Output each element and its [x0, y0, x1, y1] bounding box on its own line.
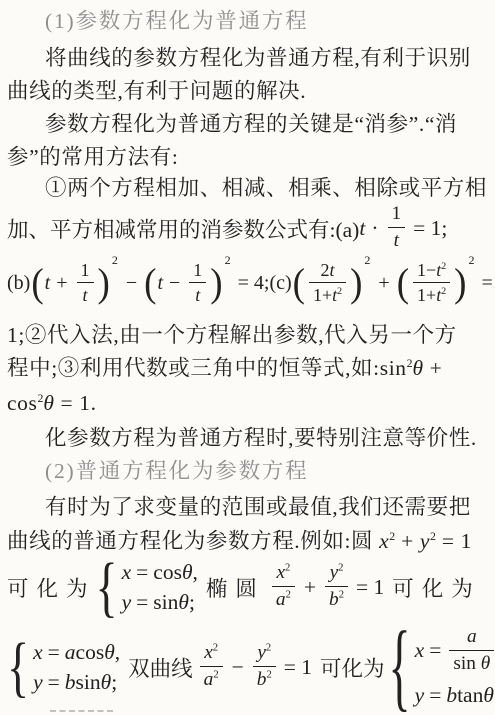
case-row-x: x=asin θ,	[415, 626, 495, 676]
label-ellipse: 椭圆	[206, 572, 265, 603]
right-paren: )	[98, 263, 110, 303]
minus-operator: −	[169, 272, 180, 295]
math-var-t: t	[157, 272, 163, 295]
text-can-convert-to: 可化为	[392, 572, 481, 603]
cos-function: cos	[7, 391, 37, 415]
left-paren: (	[144, 263, 156, 303]
math-var-x: x	[379, 529, 389, 553]
fraction-x2-over-a2: x2 a2	[200, 642, 223, 692]
square-exponent: 2	[364, 254, 370, 266]
left-paren: (	[397, 263, 409, 303]
math-var-theta: θ	[413, 356, 424, 380]
square-exponent: 2	[225, 254, 231, 266]
section-heading-1: (1)参数方程化为普通方程	[45, 6, 308, 36]
left-paren: (	[293, 263, 305, 303]
cases-brace: {	[7, 634, 29, 701]
hyperbola-parametric-cases: { x=asin θ, y=btan θ.	[389, 626, 495, 709]
cases-brace: {	[389, 618, 411, 715]
para1-line1: 将曲线的参数方程化为普通方程,有利于识别	[45, 43, 471, 73]
plus-operator: +	[378, 272, 389, 295]
line-circle-cases-ellipse: 可化为 { x=cos θ, y=sin θ; 椭圆 x2 a2 + y2 b2…	[7, 556, 485, 618]
fraction-y2-over-b2: y2 b2	[253, 642, 276, 692]
right-paren: )	[210, 263, 222, 303]
para1-line2: 曲线的类型,有利于问题的解决.	[7, 76, 306, 106]
hyperbola-equals-one: = 1	[284, 655, 312, 680]
formula-a-result: = 1;	[413, 216, 447, 241]
fraction-y2-over-b2: y2 b2	[325, 562, 348, 612]
label-hyperbola: 双曲线	[128, 652, 193, 683]
cases-brace: {	[96, 554, 118, 621]
para4-line1: 化参数方程为普通方程时,要特别注意等价性.	[45, 423, 477, 453]
cropped-underline	[50, 710, 113, 712]
fraction-x2-over-a2: x2 a2	[272, 562, 295, 612]
math-var-t: t	[359, 216, 365, 241]
case-row-y: y=sin θ;	[122, 590, 195, 615]
fraction-1-over-t: 1 t	[189, 260, 206, 306]
minus-operator: −	[126, 272, 137, 295]
ellipse-equals-one: = 1	[356, 575, 384, 600]
textbook-page: (1)参数方程化为普通方程 将曲线的参数方程化为普通方程,有利于识别 曲线的类型…	[0, 0, 495, 715]
square-exponent: 2	[468, 254, 474, 266]
formula-b-label: (b)	[7, 272, 30, 295]
left-paren: (	[31, 263, 43, 303]
fraction-1-over-t: 1 t	[77, 260, 94, 306]
para2-line1: 参数方程化为普通方程的关键是“消参”.“消	[45, 109, 457, 139]
para5-line2: 曲线的普通方程化为参数方程.例如:圆 x2 + y2 = 1	[7, 526, 472, 556]
ellipse-parametric-cases: { x=acos θ, y=bsin θ;	[7, 640, 120, 695]
math-var-theta: θ	[43, 391, 54, 415]
text-can-convert-to: 可化为	[320, 652, 385, 683]
fraction-a-over-sin-theta: asin θ	[449, 626, 494, 676]
formula-c-equals: =	[481, 272, 492, 295]
section-heading-2: (2)普通方程化为参数方程	[45, 456, 308, 486]
fraction-1-over-t: 1 t	[388, 203, 406, 253]
sin-function: sin	[380, 356, 407, 380]
case-row-y: y=bsin θ;	[33, 670, 117, 695]
math-var-t: t	[45, 272, 51, 295]
para3-line1: ①两个方程相加、相减、相乘、相除或平方相	[45, 173, 487, 203]
math-var-y: y	[420, 529, 430, 553]
square-exponent: 2	[112, 254, 118, 266]
fraction-1-minus-t2-over-1-plus-t2: 1−t2 1+t2	[413, 260, 450, 306]
para3-line2-text: 加、平方相减常用的消参数公式有:(a)	[7, 213, 359, 244]
plus-operator: +	[304, 575, 316, 600]
case-row-x: x=cos θ,	[122, 560, 198, 585]
circle-parametric-cases: { x=cos θ, y=sin θ;	[96, 560, 198, 615]
minus-operator: −	[232, 655, 244, 680]
para3-line3: 1;②代入法,由一个方程解出参数,代入另一个方	[7, 320, 457, 350]
right-paren: )	[454, 263, 466, 303]
para2-line2: 参”的常用方法有:	[7, 142, 178, 172]
case-row-y: y=btan θ.	[415, 683, 495, 708]
right-paren: )	[350, 263, 362, 303]
formula-line-b-c: (b) ( t + 1 t ) 2 − ( t − 1 t ) 2 = 4;(c…	[7, 253, 493, 313]
line-ellipse-cases-hyperbola: { x=acos θ, y=bsin θ; 双曲线 x2 a2 − y2 b2 …	[7, 622, 495, 712]
formula-b-result: = 4;(c)	[238, 272, 292, 295]
para5-line1: 有时为了求变量的范围或最值,我们还需要把	[45, 492, 471, 522]
formula-line-a: 加、平方相减常用的消参数公式有:(a) t · 1 t = 1;	[7, 202, 447, 254]
case-row-x: x=acos θ,	[33, 640, 120, 665]
plus-operator: +	[56, 272, 67, 295]
para3-line4: 程中;③利用代数或三角中的恒等式,如:sin2θ +	[7, 353, 442, 383]
text-can-convert-to: 可化为	[7, 572, 96, 603]
para3-line5: cos2θ = 1.	[7, 388, 97, 418]
fraction-2t-over-1-plus-t2: 2t 1+t2	[309, 260, 346, 306]
dot-operator: ·	[371, 216, 378, 241]
